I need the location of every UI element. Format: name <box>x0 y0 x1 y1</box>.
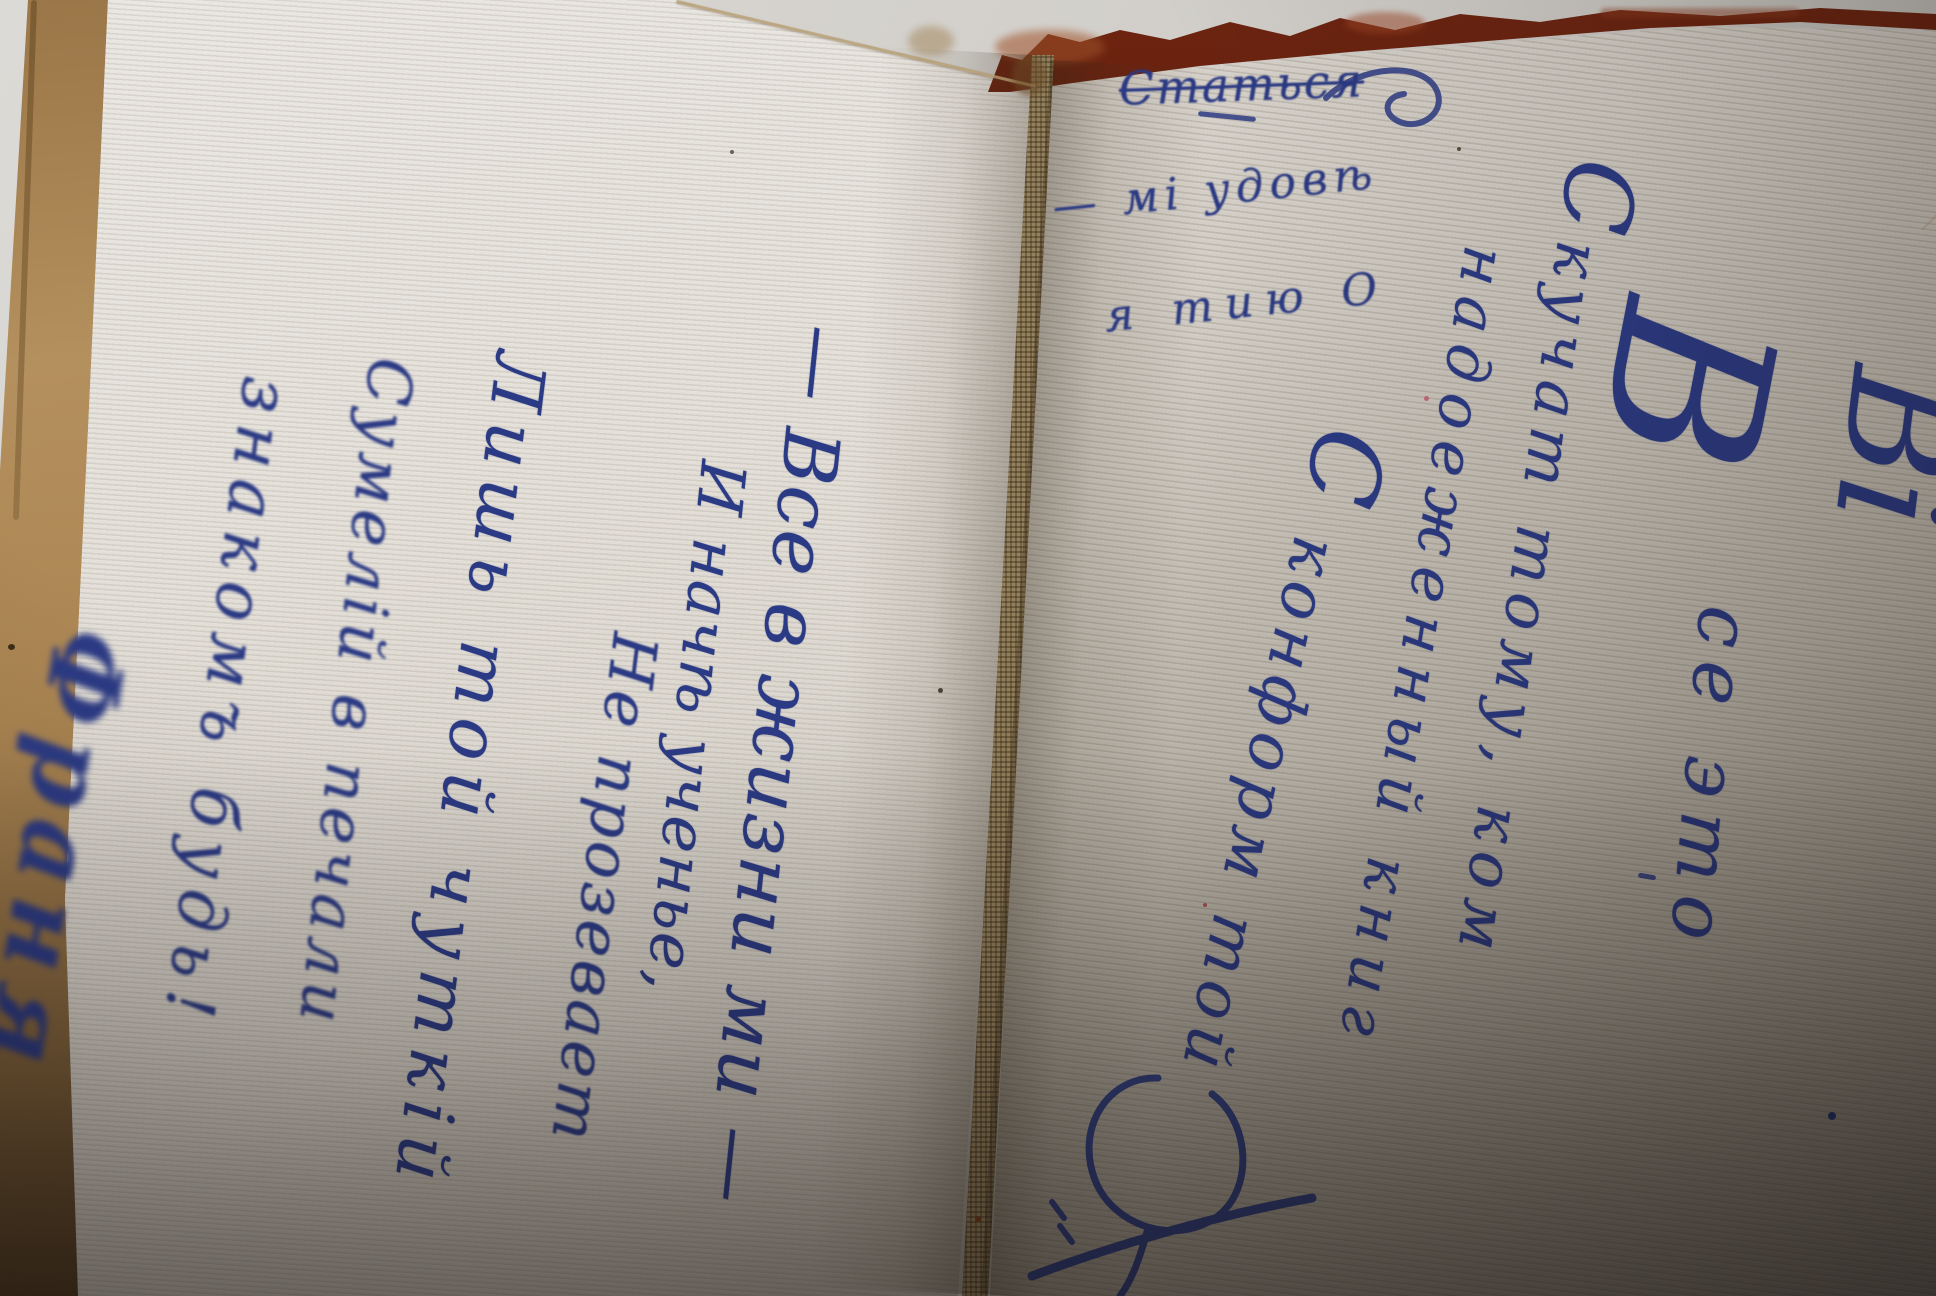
gutter-stain <box>1012 56 1046 96</box>
cover-highlight <box>1600 8 1800 18</box>
page-stain <box>908 26 954 56</box>
cover-highlight <box>1345 12 1425 34</box>
brown-speck <box>975 1216 981 1222</box>
dark-speck <box>730 150 734 154</box>
photo-open-notebook: — Все в жизни ми — И начѣ ученье, Не про… <box>0 0 1936 1296</box>
scribble-curl <box>1320 58 1450 138</box>
dark-speck <box>1457 147 1461 151</box>
ink-dot <box>1828 1112 1836 1120</box>
dark-speck <box>938 688 943 693</box>
handwriting-partial-letter: Ві <box>1800 359 1936 537</box>
dark-speck <box>8 644 15 650</box>
ink-flourish <box>1020 1058 1320 1296</box>
handwriting-initial-letter: С <box>1535 152 1658 250</box>
